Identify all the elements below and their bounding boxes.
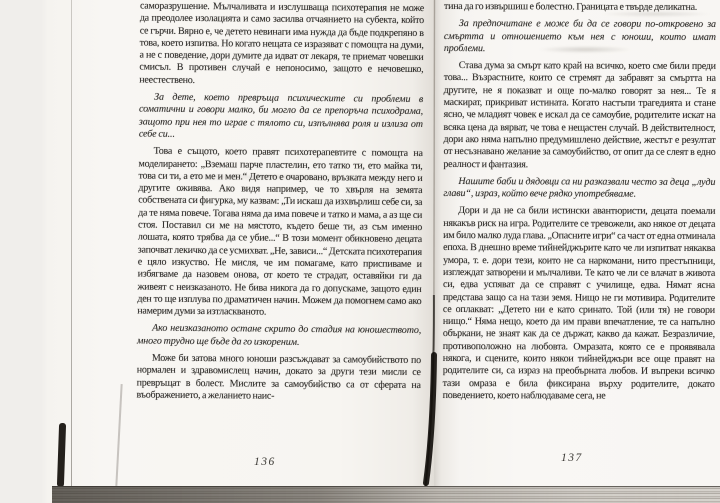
left-paragraph-3: Това е същото, което правят психотерапев… — [137, 146, 422, 321]
left-page-number: 136 — [254, 456, 276, 468]
page-edge-line — [71, 0, 72, 487]
left-page-text: саморазрушение. Мълчаливата и изслушваща… — [136, 1, 424, 410]
right-paragraph-3: Става дума за смърт като край на всичко,… — [443, 60, 715, 172]
left-paragraph-5: Може би затова много юноши разсъждават з… — [137, 353, 421, 405]
right-paragraph-1: тина да го извършиш е болестно. Границат… — [444, 1, 716, 14]
right-paragraph-2: За предпочитане е може би да се говори п… — [444, 18, 716, 56]
right-page-number: 137 — [561, 452, 583, 464]
right-paragraph-5: Дори и да не са били истински авантюрист… — [443, 205, 716, 403]
left-paragraph-1: саморазрушение. Мълчаливата и изслушваща… — [139, 1, 424, 90]
left-paragraph-4: Ако неизказаното остане скрито до стадия… — [137, 323, 421, 350]
right-page-text: тина да го извършиш е болестно. Границат… — [443, 1, 716, 408]
right-paragraph-4: Нашите баби и дядовци са ни разказвали ч… — [443, 176, 715, 202]
left-paragraph-2: За дете, което превръща психическите си … — [139, 92, 423, 144]
book-bottom-edge — [52, 486, 720, 503]
book-scan-photo: саморазрушение. Мълчаливата и изслушваща… — [0, 0, 720, 503]
